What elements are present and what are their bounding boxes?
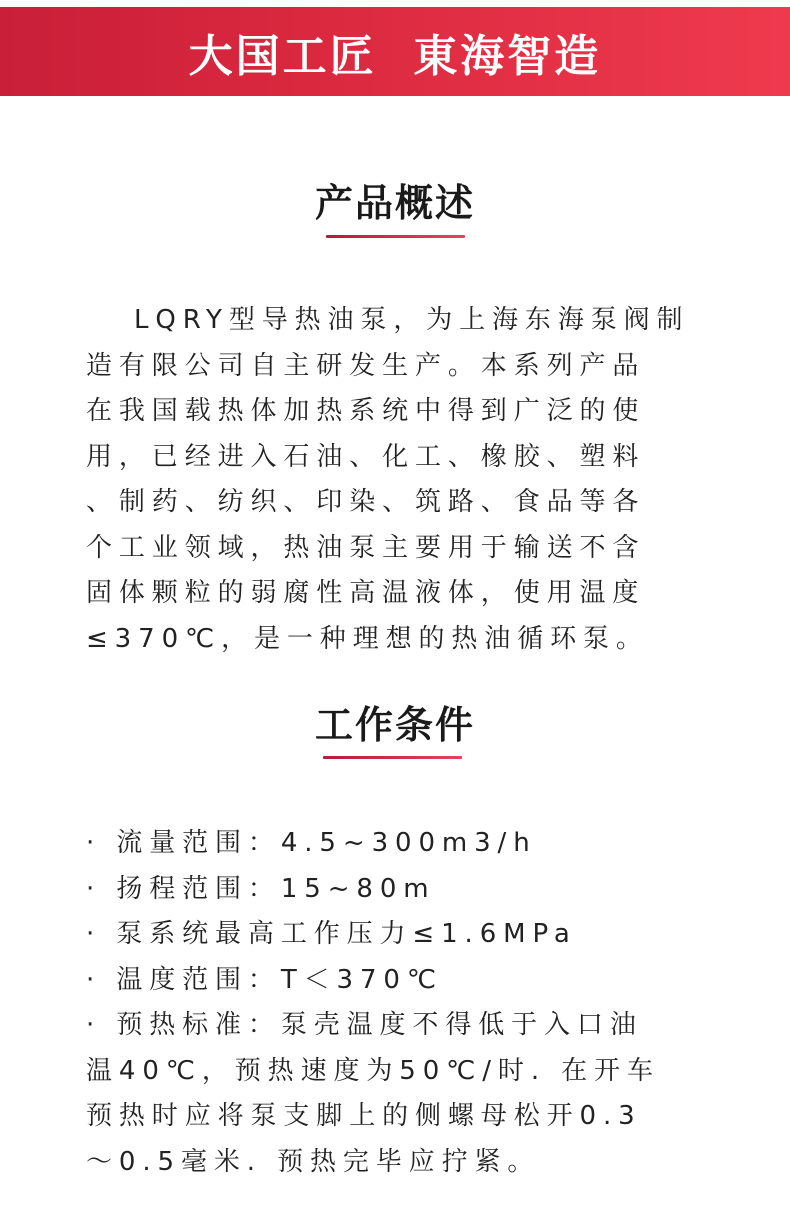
- banner-title: 大国工匠 東海智造: [189, 20, 602, 84]
- top-strip: [0, 0, 790, 7]
- overview-line: 用，已经进入石油、化工、橡胶、塑料: [86, 435, 710, 481]
- conditions-heading-underline: [323, 756, 462, 759]
- condition-item-temperature: · 温度范围：T＜370℃: [86, 958, 710, 1004]
- condition-item-flow: · 流量范围：4.5~300m3/h: [86, 821, 710, 867]
- condition-item-preheat-cont: ～0.5毫米. 预热完毕应拧紧。: [86, 1140, 710, 1186]
- conditions-list: · 流量范围：4.5~300m3/h · 扬程范围：15~80m · 泵系统最高…: [86, 821, 710, 1185]
- overview-line: 在我国载热体加热系统中得到广泛的使: [86, 389, 710, 435]
- overview-line: 造有限公司自主研发生产。本系列产品: [86, 344, 710, 390]
- condition-item-preheat: · 预热标准：泵壳温度不得低于入口油: [86, 1003, 710, 1049]
- condition-item-pressure: · 泵系统最高工作压力≤1.6MPa: [86, 912, 710, 958]
- overview-line: 个工业领域，热油泵主要用于输送不含: [86, 526, 710, 572]
- conditions-heading: 工作条件: [0, 694, 790, 749]
- overview-line: 固体颗粒的弱腐性高温液体，使用温度: [86, 571, 710, 617]
- overview-line: ≤370℃，是一种理想的热油循环泵。: [86, 617, 710, 663]
- condition-item-preheat-cont: 预热时应将泵支脚上的侧螺母松开0.3: [86, 1094, 710, 1140]
- overview-line: LQRY型导热油泵，为上海东海泵阀制: [86, 298, 710, 344]
- overview-paragraph: LQRY型导热油泵，为上海东海泵阀制 造有限公司自主研发生产。本系列产品 在我国…: [86, 298, 710, 662]
- brand-banner: 大国工匠 東海智造: [0, 7, 790, 96]
- overview-line: 、制药、纺织、印染、筑路、食品等各: [86, 480, 710, 526]
- condition-item-preheat-cont: 温40℃，预热速度为50℃/时. 在开车: [86, 1049, 710, 1095]
- overview-heading-underline: [326, 235, 465, 238]
- condition-item-head: · 扬程范围：15~80m: [86, 867, 710, 913]
- overview-heading: 产品概述: [0, 172, 790, 227]
